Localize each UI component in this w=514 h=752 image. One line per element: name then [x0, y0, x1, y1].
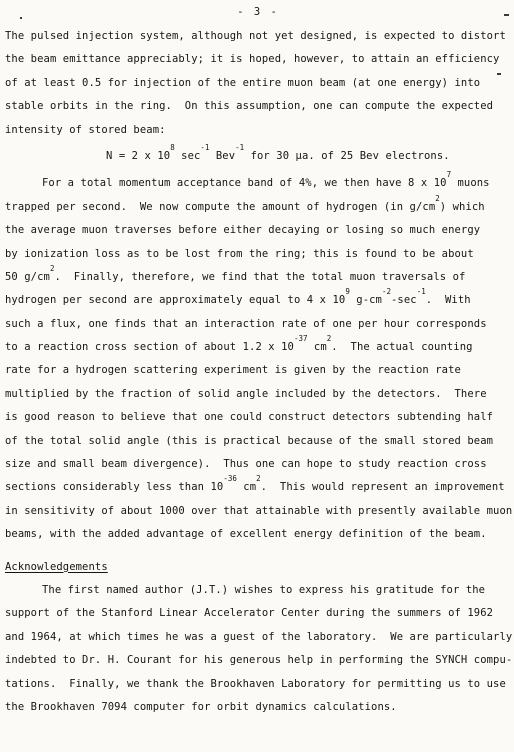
text-line: trapped per second. We now compute the a…: [5, 196, 511, 219]
page-number: - 3 -: [5, 4, 511, 25]
section-heading: Acknowledgements: [5, 556, 511, 579]
text-line: such a flux, one finds that an interacti…: [5, 313, 511, 336]
text-line: stable orbits in the ring. On this assum…: [5, 95, 511, 118]
text-line: the beam emittance appreciably; it is ho…: [5, 48, 511, 71]
text-line: indebted to Dr. H. Courant for his gener…: [5, 649, 511, 672]
scan-artifact: [497, 73, 501, 75]
text-line: The pulsed injection system, although no…: [5, 25, 511, 48]
scan-artifact: [504, 14, 509, 16]
text-line: and 1964, at which times he was a guest …: [5, 626, 511, 649]
text-line: to a reaction cross section of about 1.2…: [5, 336, 511, 359]
text-line: For a total momentum acceptance band of …: [5, 172, 511, 195]
text-line: hydrogen per second are approximately eq…: [5, 289, 511, 312]
text-line: size and small beam divergence). Thus on…: [5, 453, 511, 476]
text-line: beams, with the added advantage of excel…: [5, 523, 511, 546]
text-line: of the total solid angle (this is practi…: [5, 430, 511, 453]
text-line: sections considerably less than 10-36 cm…: [5, 476, 511, 499]
text-line: the Brookhaven 7094 computer for orbit d…: [5, 696, 511, 719]
scan-artifact: [20, 17, 22, 19]
text-line: tations. Finally, we thank the Brookhave…: [5, 673, 511, 696]
text-line: in sensitivity of about 1000 over that a…: [5, 500, 511, 523]
text-line: the average muon traverses before either…: [5, 219, 511, 242]
text-line: by ionization loss as to be lost from th…: [5, 243, 511, 266]
text-line: N = 2 x 108 sec-1 Bev-1 for 30 μa. of 25…: [5, 145, 511, 168]
text-line: support of the Stanford Linear Accelerat…: [5, 602, 511, 625]
text-line: multiplied by the fraction of solid angl…: [5, 383, 511, 406]
document-page: - 3 - The pulsed injection system, altho…: [0, 0, 514, 752]
document-lines: The pulsed injection system, although no…: [5, 25, 511, 719]
text-line: of at least 0.5 for injection of the ent…: [5, 72, 511, 95]
text-line: rate for a hydrogen scattering experimen…: [5, 359, 511, 382]
text-line: The first named author (J.T.) wishes to …: [5, 579, 511, 602]
text-line: intensity of stored beam:: [5, 119, 511, 142]
text-line: 50 g/cm2. Finally, therefore, we find th…: [5, 266, 511, 289]
text-line: is good reason to believe that one could…: [5, 406, 511, 429]
